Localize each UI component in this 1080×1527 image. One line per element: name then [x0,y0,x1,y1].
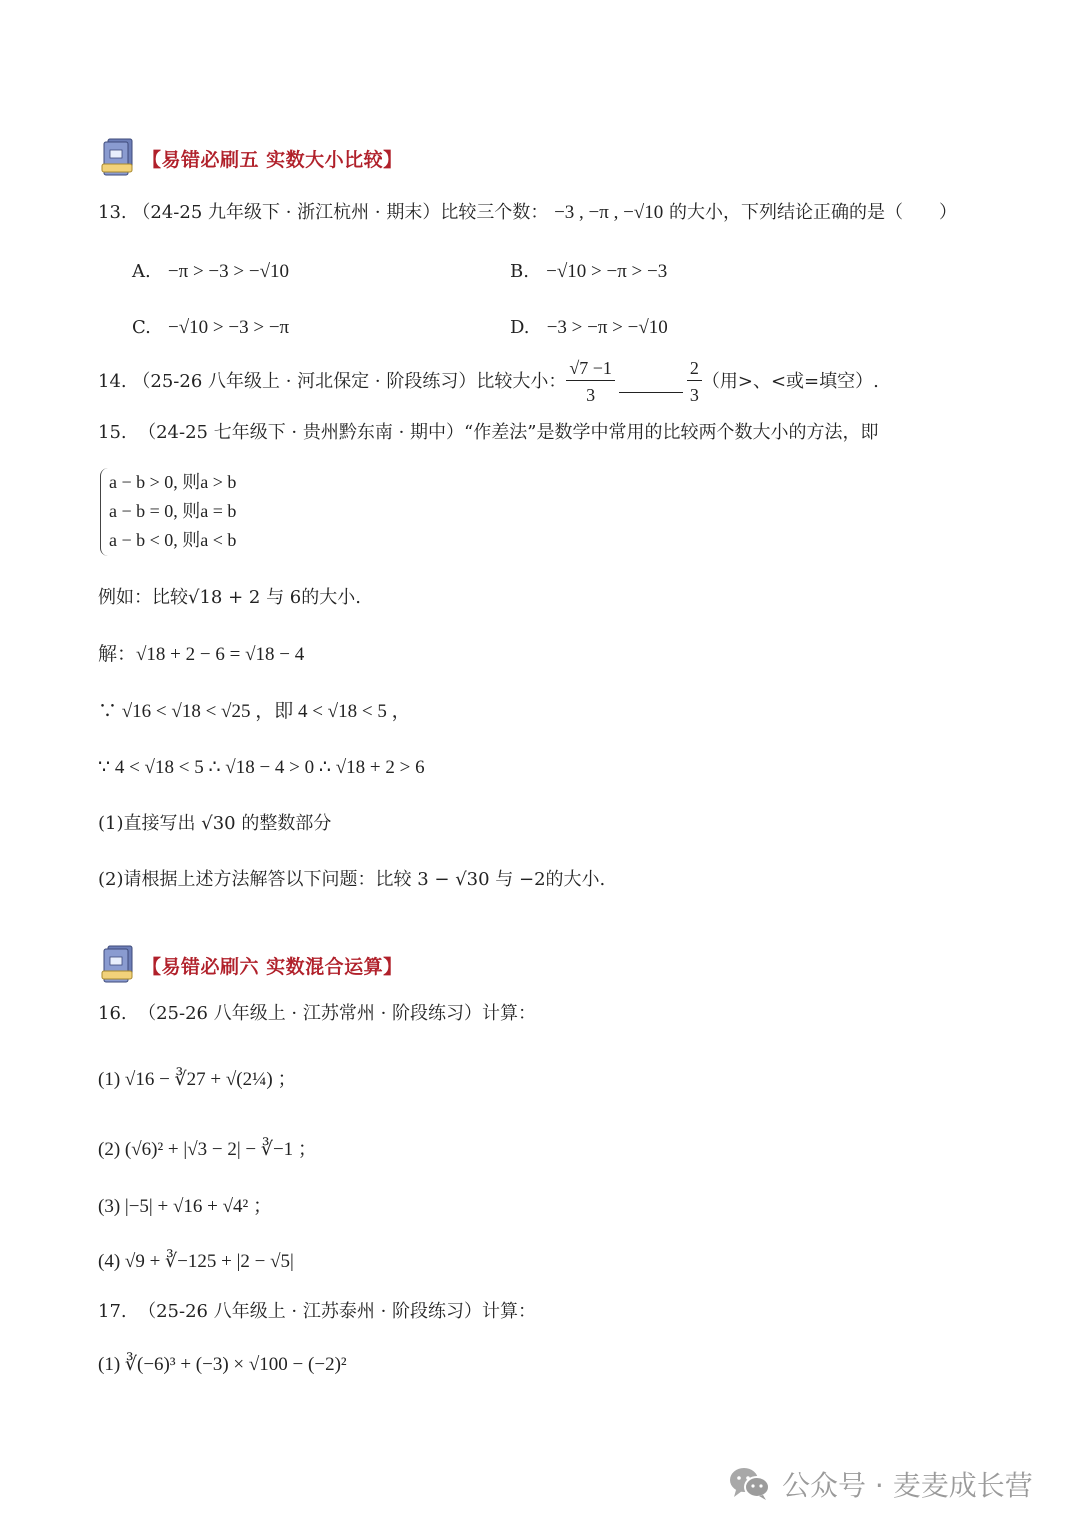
answer-blank[interactable] [619,392,683,393]
question-16-part-3: (3) |−5| + √16 + √4² ； [98,1195,272,1219]
question-text: 比较大小： [476,370,566,394]
question-16-part-4: (4) √9 + ∛−125 + |2 − √5| [98,1250,294,1274]
example-line: 例如：比较√18 + 2 与 6的大小. [98,586,361,610]
wechat-icon [728,1466,772,1502]
question-17-part-1: (1) ∛(−6)³ + (−3) × √100 − (−2)² [98,1353,347,1377]
question-number: 13. [98,202,127,223]
option-label: B. [510,261,529,282]
question-source: （25-26 八年级上 · 河北保定 · 阶段练习） [132,370,476,394]
fraction-left: √7 −1 3 [566,358,615,405]
option-b[interactable]: B. −√10 > −π > −3 [510,260,667,284]
option-text: −3 > −π > −√10 [547,317,668,338]
question-14-stem: 14. （25-26 八年级上 · 河北保定 · 阶段练习） 比较大小： √7 … [98,358,879,405]
question-source: （24-25 九年级下 · 浙江杭州 · 期末） [132,202,440,223]
option-label: A. [132,261,151,282]
question-16-stem: 16. （25-26 八年级上 · 江苏常州 · 阶段练习）计算： [98,1002,536,1026]
question-text: 计算： [482,1003,536,1024]
option-text: −√10 > −π > −3 [546,261,667,282]
book-icon [100,137,136,179]
question-number: 16. [98,1003,127,1024]
question-16-part-1: (1) √16 − ∛27 + √(2¼) ； [98,1068,296,1092]
question-15-part-2: (2)请根据上述方法解答以下问题：比较 3 − √30 与 −2的大小. [98,868,605,892]
question-source: （25-26 八年级上 · 江苏泰州 · 阶段练习） [138,1301,482,1322]
section-title: 【易错必刷五 实数大小比较】 [142,145,403,172]
question-17-stem: 17. （25-26 八年级上 · 江苏泰州 · 阶段练习）计算： [98,1300,536,1324]
question-text: 计算： [482,1301,536,1322]
option-label: C. [132,317,151,338]
case-brace: a − b > 0, 则a > b a − b = 0, 则a = b a − … [100,468,236,556]
option-text: −√10 > −3 > −π [168,317,289,338]
solution-line-1: 解：√18 + 2 − 6 = √18 − 4 [98,643,304,667]
question-15-part-1: (1)直接写出 √30 的整数部分 [98,812,331,836]
section-title: 【易错必刷六 实数混合运算】 [142,952,403,979]
option-text: −π > −3 > −√10 [168,261,289,282]
question-source: （25-26 八年级上 · 江苏常州 · 阶段练习） [138,1003,482,1024]
question-math: −3 , −π , −√10 [554,202,663,223]
question-text: 的大小，下列结论正确的是（ ） [663,202,957,223]
watermark: 公众号 · 麦麦成长营 [728,1464,1033,1504]
case-line: a − b > 0, 则a > b [109,468,236,497]
solution-line-2: ∵ √16 < √18 < √25 ，即 4 < √18 < 5 ， [98,700,411,724]
option-c[interactable]: C. −√10 > −3 > −π [132,316,289,340]
option-a[interactable]: A. −π > −3 > −√10 [132,260,289,284]
question-number: 17. [98,1301,127,1322]
section-header-5: 【易错必刷五 实数大小比较】 [100,136,403,180]
question-16-part-2: (2) (√6)² + |√3 − 2| − ∛−1 ； [98,1138,317,1162]
question-number: 15. [98,422,127,443]
section-header-6: 【易错必刷六 实数混合运算】 [100,943,403,987]
solution-line-3: ∵ 4 < √18 < 5 ∴ √18 − 4 > 0 ∴ √18 + 2 > … [98,756,425,780]
case-line: a − b < 0, 则a < b [109,526,236,555]
case-line: a − b = 0, 则a = b [109,497,236,526]
question-number: 14. [98,370,127,394]
question-text: 比较三个数： [440,202,548,223]
option-label: D. [510,317,530,338]
fraction-right: 2 3 [687,358,702,405]
question-15-stem: 15. （24-25 七年级下 · 贵州黔东南 · 期中）“作差法”是数学中常用… [98,421,878,445]
question-text: “作差法”是数学中常用的比较两个数大小的方法，即 [464,422,878,443]
question-source: （24-25 七年级下 · 贵州黔东南 · 期中） [138,422,464,443]
watermark-text: 公众号 · 麦麦成长营 [782,1464,1033,1504]
question-text: （用>、<或=填空）. [702,370,879,394]
book-icon [100,944,136,986]
question-13-stem: 13. （24-25 九年级下 · 浙江杭州 · 期末）比较三个数： −3 , … [98,201,957,225]
option-d[interactable]: D. −3 > −π > −√10 [510,316,668,340]
